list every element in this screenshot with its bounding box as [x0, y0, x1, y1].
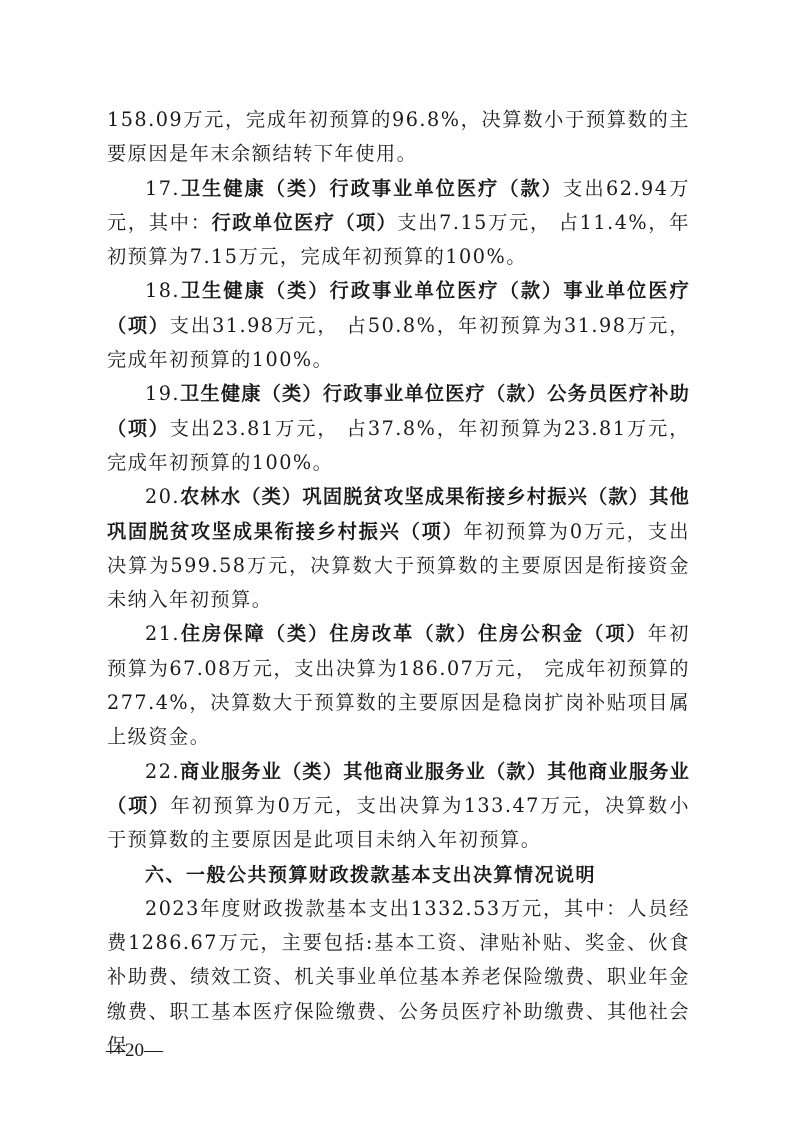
- paragraph-continuation: 158.09万元，完成年初预算的96.8%，决算数小于预算数的主要原因是年末余额…: [107, 103, 690, 172]
- page-number: —20—: [106, 1040, 163, 1062]
- section-heading: 六、一般公共预算财政拨款基本支出决算情况说明: [107, 858, 690, 892]
- item-subcategory: 行政单位医疗（项）: [212, 211, 398, 234]
- item-number: 20.: [145, 485, 180, 508]
- budget-item-19: 19.卫生健康（类）行政事业单位医疗（款）公务员医疗补助（项）支出23.81万元…: [107, 377, 690, 480]
- item-number: 21.: [145, 622, 180, 645]
- item-number: 22.: [145, 760, 180, 783]
- budget-item-17: 17.卫生健康（类）行政事业单位医疗（款）支出62.94万元，其中：行政单位医疗…: [107, 172, 690, 275]
- item-number: 18.: [145, 279, 180, 302]
- item-category: 卫生健康（类）行政事业单位医疗（款）: [180, 177, 563, 200]
- budget-item-20: 20.农林水（类）巩固脱贫攻坚成果衔接乡村振兴（款）其他巩固脱贫攻坚成果衔接乡村…: [107, 480, 690, 617]
- item-category: 住房保障（类）住房改革（款）住房公积金（项）: [180, 622, 648, 645]
- budget-item-22: 22.商业服务业（类）其他商业服务业（款）其他商业服务业（项）年初预算为0万元，…: [107, 755, 690, 858]
- paragraph-text: 158.09万元，完成年初预算的96.8%，决算数小于预算数的主要原因是年末余额…: [107, 108, 690, 165]
- item-text: 年初预算为0万元，支出决算为133.47万元，决算数小于预算数的主要原因是此项目…: [107, 794, 690, 851]
- document-page: 158.09万元，完成年初预算的96.8%，决算数小于预算数的主要原因是年末余额…: [107, 103, 690, 1063]
- section-body: 2023年度财政拨款基本支出1332.53万元，其中：人员经费1286.67万元…: [107, 892, 690, 1063]
- item-text: 支出31.98万元， 占50.8%，年初预算为31.98万元，完成年初预算的10…: [107, 314, 690, 371]
- item-number: 17.: [145, 177, 180, 200]
- item-number: 19.: [145, 382, 180, 405]
- item-text: 支出23.81万元， 占37.8%，年初预算为23.81万元，完成年初预算的10…: [107, 417, 690, 474]
- budget-item-21: 21.住房保障（类）住房改革（款）住房公积金（项）年初预算为67.08万元，支出…: [107, 617, 690, 754]
- budget-item-18: 18.卫生健康（类）行政事业单位医疗（款）事业单位医疗（项）支出31.98万元，…: [107, 274, 690, 377]
